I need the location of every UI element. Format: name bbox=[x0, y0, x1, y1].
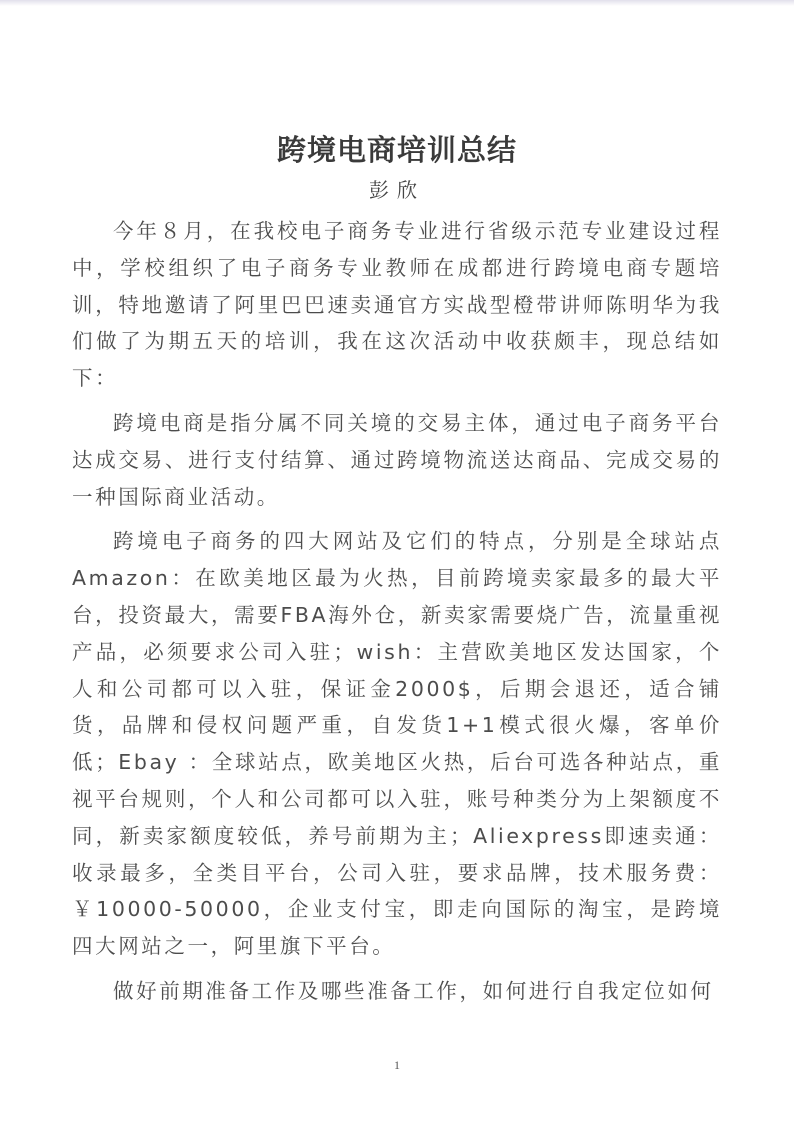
paragraph-four-platforms: 跨境电子商务的四大网站及它们的特点，分别是全球站点Amazon：在欧美地区最为火… bbox=[72, 523, 722, 965]
document-body: 今年８月，在我校电子商务专业进行省级示范专业建设过程中，学校组织了电子商务专业教… bbox=[72, 213, 722, 1018]
scan-edge-artifact bbox=[0, 0, 794, 6]
paragraph-definition: 跨境电商是指分属不同关境的交易主体，通过电子商务平台达成交易、进行支付结算、通过… bbox=[72, 405, 722, 515]
document-title: 跨境电商培训总结 bbox=[0, 128, 794, 169]
document-author: 彭欣 bbox=[0, 174, 794, 203]
paragraph-intro: 今年８月，在我校电子商务专业进行省级示范专业建设过程中，学校组织了电子商务专业教… bbox=[72, 213, 722, 397]
paragraph-preparation: 做好前期准备工作及哪些准备工作，如何进行自我定位如何 bbox=[72, 973, 722, 1010]
page-number: 1 bbox=[0, 1058, 794, 1073]
